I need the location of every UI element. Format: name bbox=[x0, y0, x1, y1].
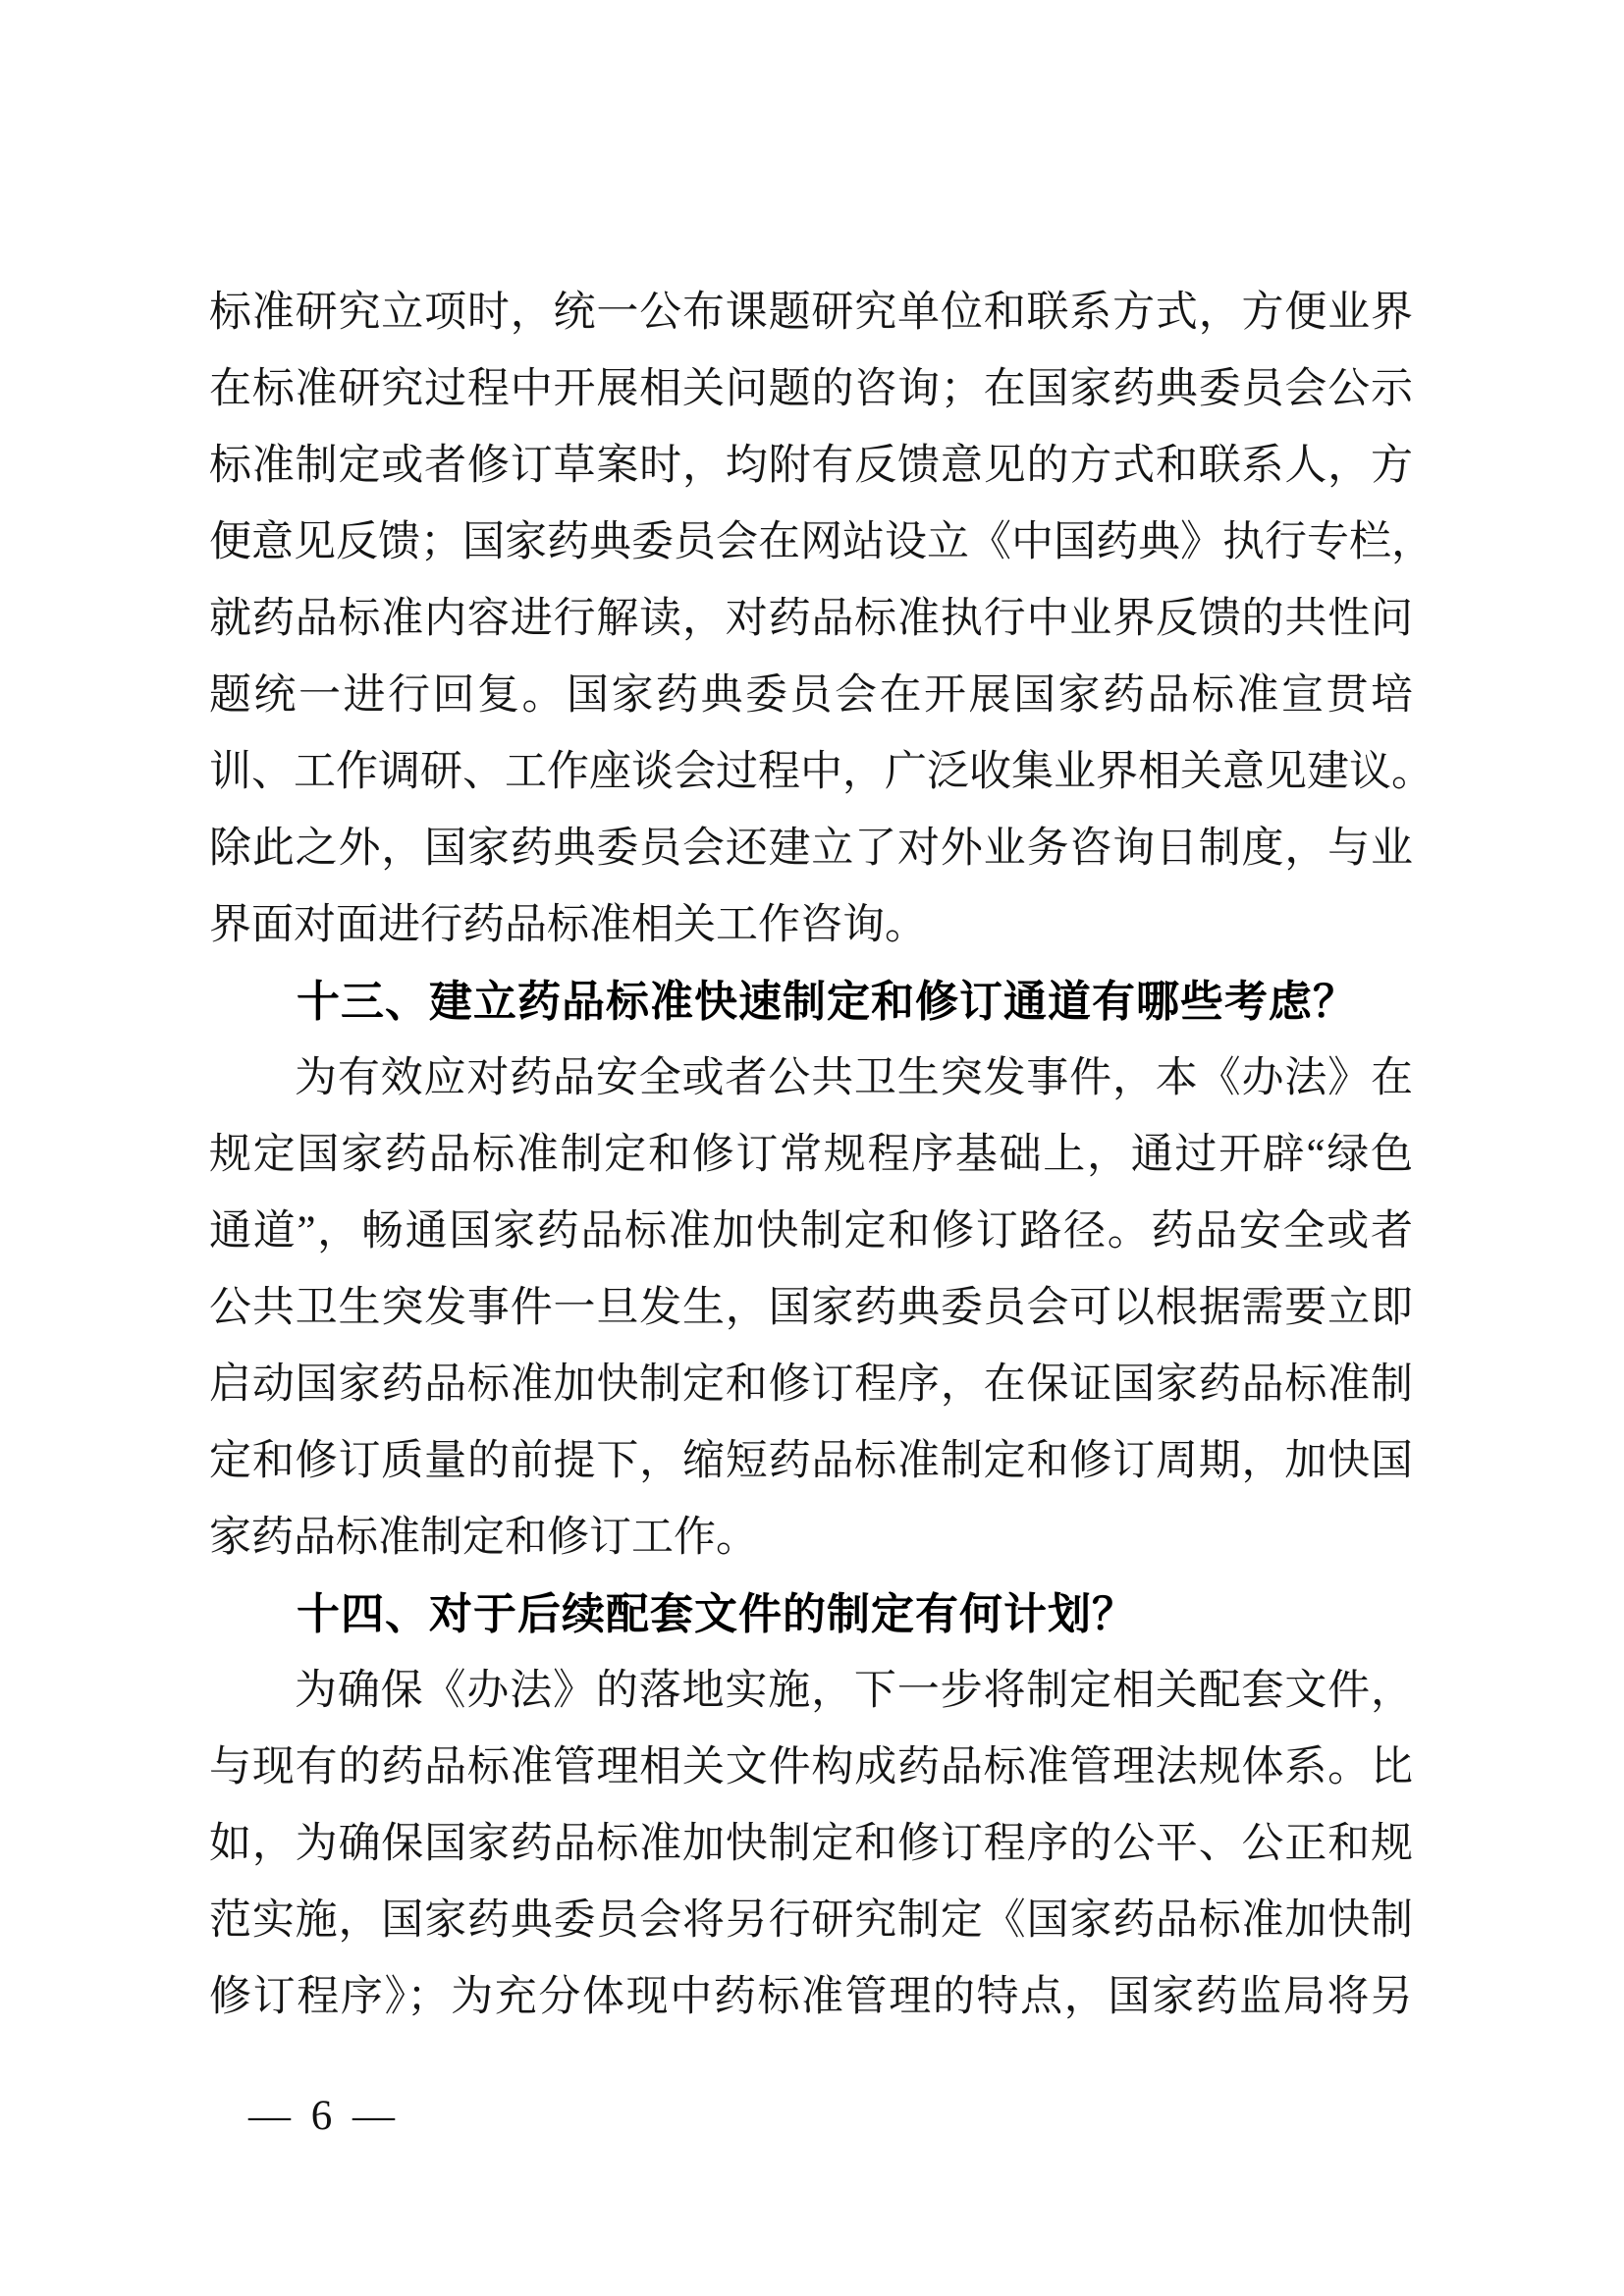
body-line: 就药品标准内容进行解读，对药品标准执行中业界反馈的共性问 bbox=[209, 581, 1413, 658]
body-line: 为有效应对药品安全或者公共卫生突发事件，本《办法》在 bbox=[209, 1041, 1413, 1117]
body-line: 如，为确保国家药品标准加快制定和修订程序的公平、公正和规 bbox=[209, 1806, 1413, 1883]
body-line: 与现有的药品标准管理相关文件构成药品标准管理法规体系。比 bbox=[209, 1730, 1413, 1806]
body-line: 除此之外，国家药典委员会还建立了对外业务咨询日制度，与业 bbox=[209, 811, 1413, 887]
body-line: 在标准研究过程中开展相关问题的咨询；在国家药典委员会公示 bbox=[209, 351, 1413, 428]
body-line: 界面对面进行药品标准相关工作咨询。 bbox=[209, 887, 1413, 964]
body-line: 题统一进行回复。国家药典委员会在开展国家药品标准宣贯培 bbox=[209, 658, 1413, 734]
document-text-block: 标准研究立项时，统一公布课题研究单位和联系方式，方便业界 在标准研究过程中开展相… bbox=[209, 275, 1413, 2036]
body-line: 公共卫生突发事件一旦发生，国家药典委员会可以根据需要立即 bbox=[209, 1270, 1413, 1347]
section-heading-13: 十三、建立药品标准快速制定和修订通道有哪些考虑？ bbox=[209, 964, 1413, 1041]
body-line: 标准制定或者修订草案时，均附有反馈意见的方式和联系人，方 bbox=[209, 428, 1413, 505]
body-line: 训、工作调研、工作座谈会过程中，广泛收集业界相关意见建议。 bbox=[209, 734, 1413, 811]
body-line: 范实施，国家药典委员会将另行研究制定《国家药品标准加快制 bbox=[209, 1883, 1413, 1959]
body-line: 定和修订质量的前提下，缩短药品标准制定和修订周期，加快国 bbox=[209, 1423, 1413, 1500]
section-heading-14: 十四、对于后续配套文件的制定有何计划？ bbox=[209, 1576, 1413, 1653]
document-page: 标准研究立项时，统一公布课题研究单位和联系方式，方便业界 在标准研究过程中开展相… bbox=[0, 0, 1624, 2296]
body-line: 修订程序》；为充分体现中药标准管理的特点，国家药监局将另 bbox=[209, 1959, 1413, 2036]
page-number: — 6 — bbox=[248, 2089, 395, 2144]
body-line: 通道”，畅通国家药品标准加快制定和修订路径。药品安全或者 bbox=[209, 1194, 1413, 1270]
body-line: 标准研究立项时，统一公布课题研究单位和联系方式，方便业界 bbox=[209, 275, 1413, 351]
body-line: 为确保《办法》的落地实施，下一步将制定相关配套文件， bbox=[209, 1653, 1413, 1730]
body-line: 规定国家药品标准制定和修订常规程序基础上，通过开辟“绿色 bbox=[209, 1117, 1413, 1194]
body-line: 便意见反馈；国家药典委员会在网站设立《中国药典》执行专栏， bbox=[209, 505, 1413, 581]
body-line: 启动国家药品标准加快制定和修订程序，在保证国家药品标准制 bbox=[209, 1347, 1413, 1423]
body-line: 家药品标准制定和修订工作。 bbox=[209, 1500, 1413, 1576]
